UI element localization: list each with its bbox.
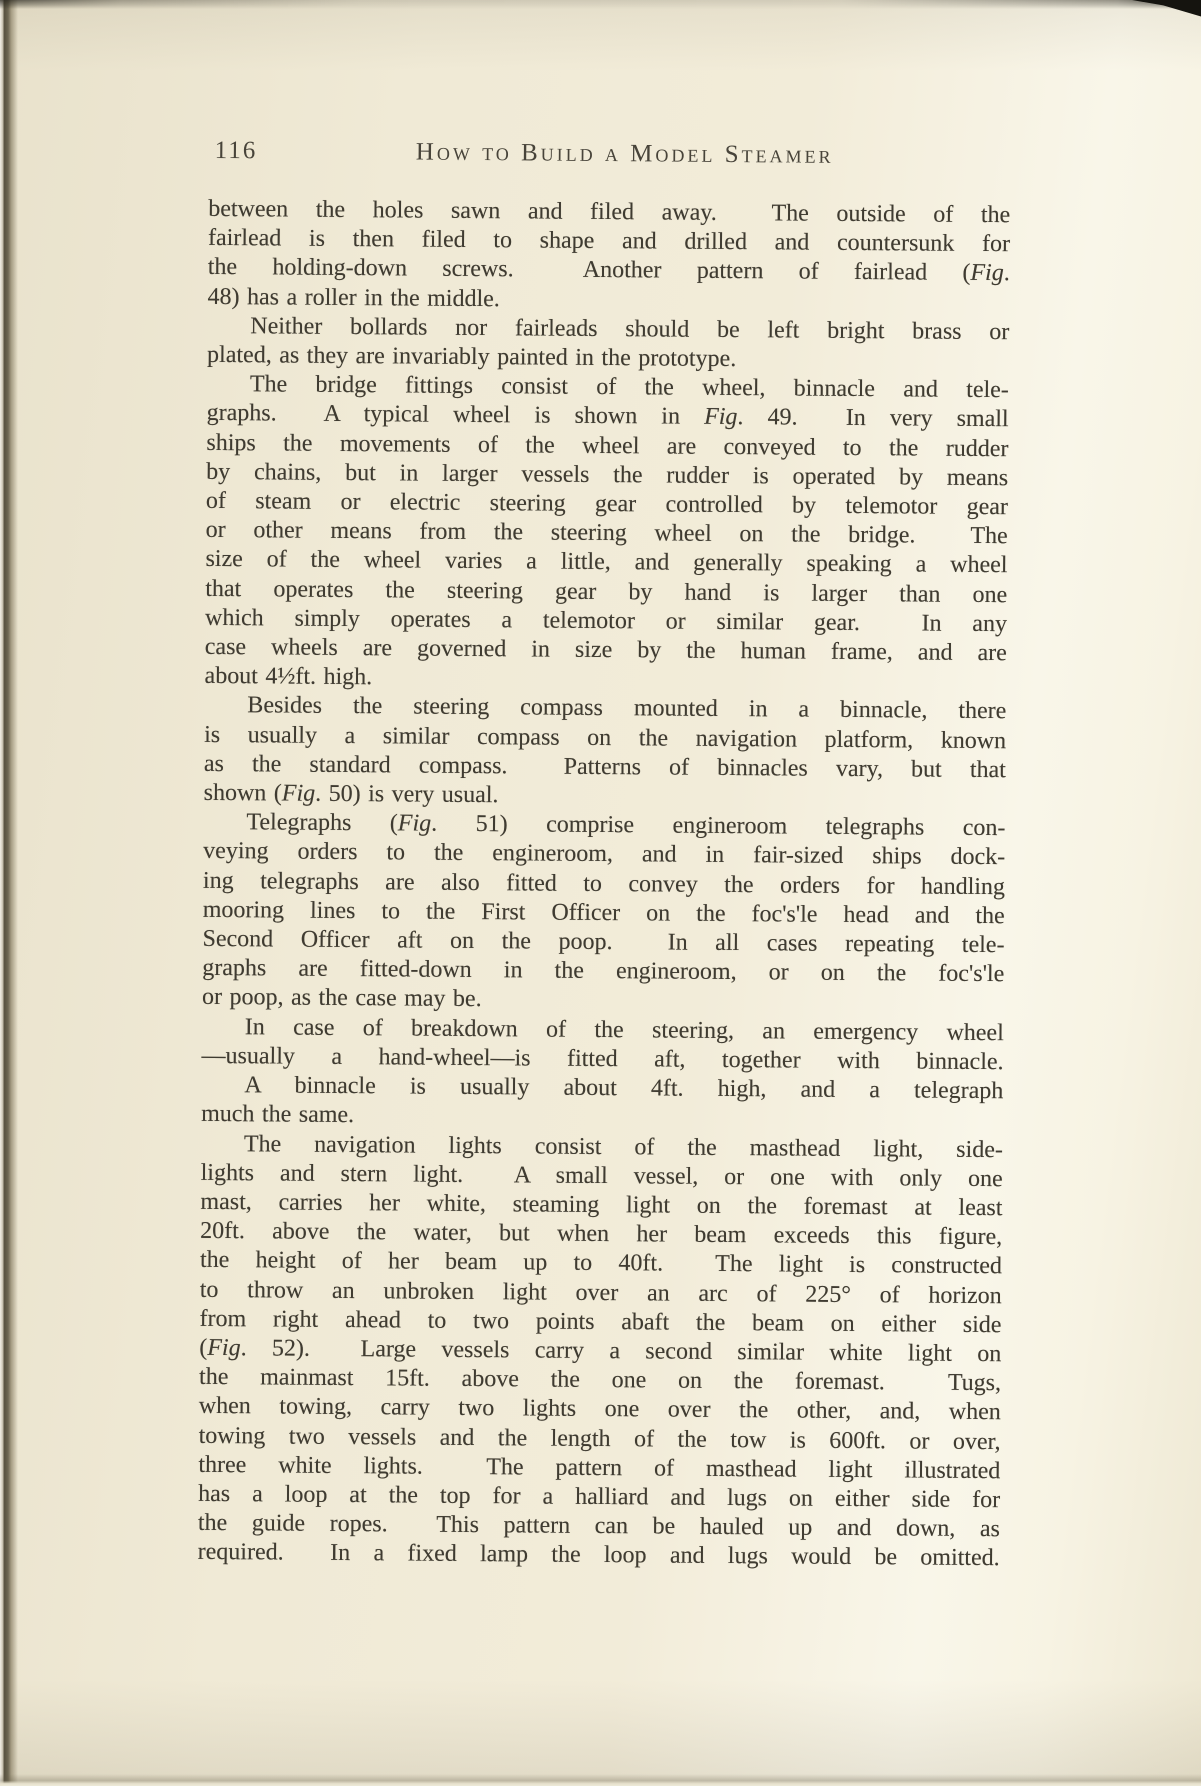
book-spine-shadow [0, 0, 18, 1786]
paragraph: Telegraphs (Fig. 51) comprise engineroom… [202, 808, 1006, 1019]
paragraph: Neither bollards nor fairleads should be… [207, 312, 1009, 377]
page-content: 116 How to Build a Model Steamer between… [0, 0, 1201, 1786]
paragraph: between the holes sawn and filed away. T… [207, 195, 1010, 318]
paragraph: The navigation lights consist of the mas… [198, 1129, 1003, 1573]
page-text: between the holes sawn and filed away. T… [198, 195, 1011, 1574]
page-number: 116 [215, 137, 258, 165]
text-line: required. In a fixed lamp the loop and l… [198, 1538, 1000, 1574]
paragraph: In case of breakdown of the steering, an… [201, 1013, 1003, 1078]
figure-reference: Fig [970, 260, 1004, 286]
text-column: 116 How to Build a Model Steamer between… [198, 137, 1011, 1574]
figure-reference: Fig [282, 781, 316, 807]
paragraph: A binnacle is usually about 4ft. high, a… [201, 1071, 1003, 1136]
photo-bottom-edge [0, 1774, 1201, 1786]
running-title: How to Build a Model Steamer [209, 137, 1011, 171]
figure-reference: Fig [704, 404, 738, 430]
paragraph: The bridge fittings consist of the wheel… [204, 370, 1008, 698]
paragraph: Besides the steering compass mounted in … [204, 691, 1007, 814]
figure-reference: Fig [398, 811, 432, 837]
figure-reference: Fig [207, 1335, 241, 1361]
photo-top-edge [0, 0, 1201, 9]
running-head: 116 How to Build a Model Steamer [209, 137, 1011, 177]
book-page-scan: 116 How to Build a Model Steamer between… [0, 0, 1201, 1786]
